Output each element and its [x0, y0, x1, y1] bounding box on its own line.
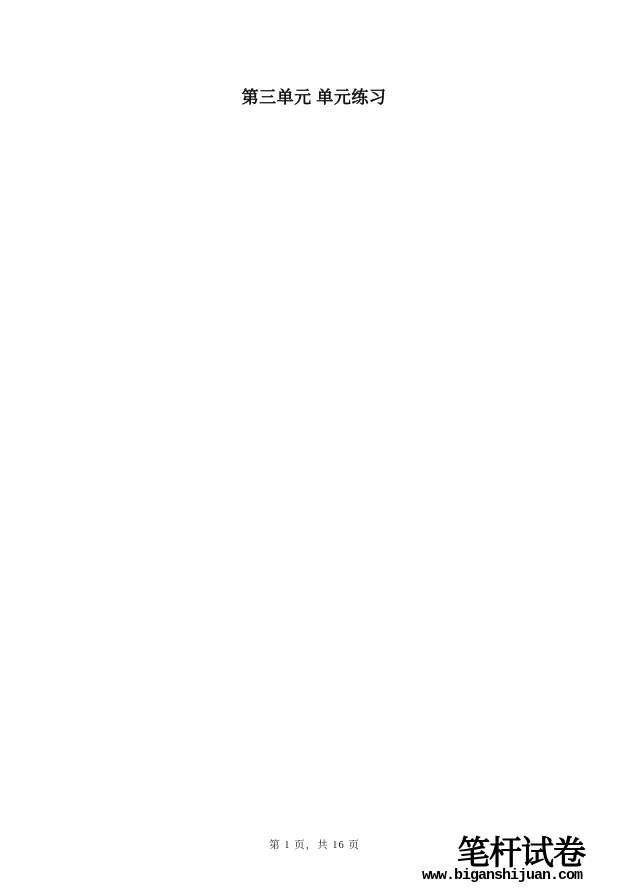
watermark: 全部免费 笔杆试卷 www.biganshijuan.com — [422, 838, 585, 883]
watermark-free-badge: 全部免费 — [422, 854, 454, 865]
page-title: 第三单元 单元练习 — [45, 86, 583, 110]
scan-artifact-dot — [426, 44, 430, 48]
watermark-url: www.biganshijuan.com — [422, 868, 585, 883]
page-content: 第三单元 单元练习 — [45, 86, 583, 117]
exam-paper-page: 第三单元 单元练习 第 1 页，共 16 页 全部免费 笔杆试卷 www.big… — [0, 0, 629, 892]
watermark-top-row: 全部免费 笔杆试卷 — [422, 838, 585, 868]
watermark-brand: 笔杆试卷 — [457, 838, 585, 868]
